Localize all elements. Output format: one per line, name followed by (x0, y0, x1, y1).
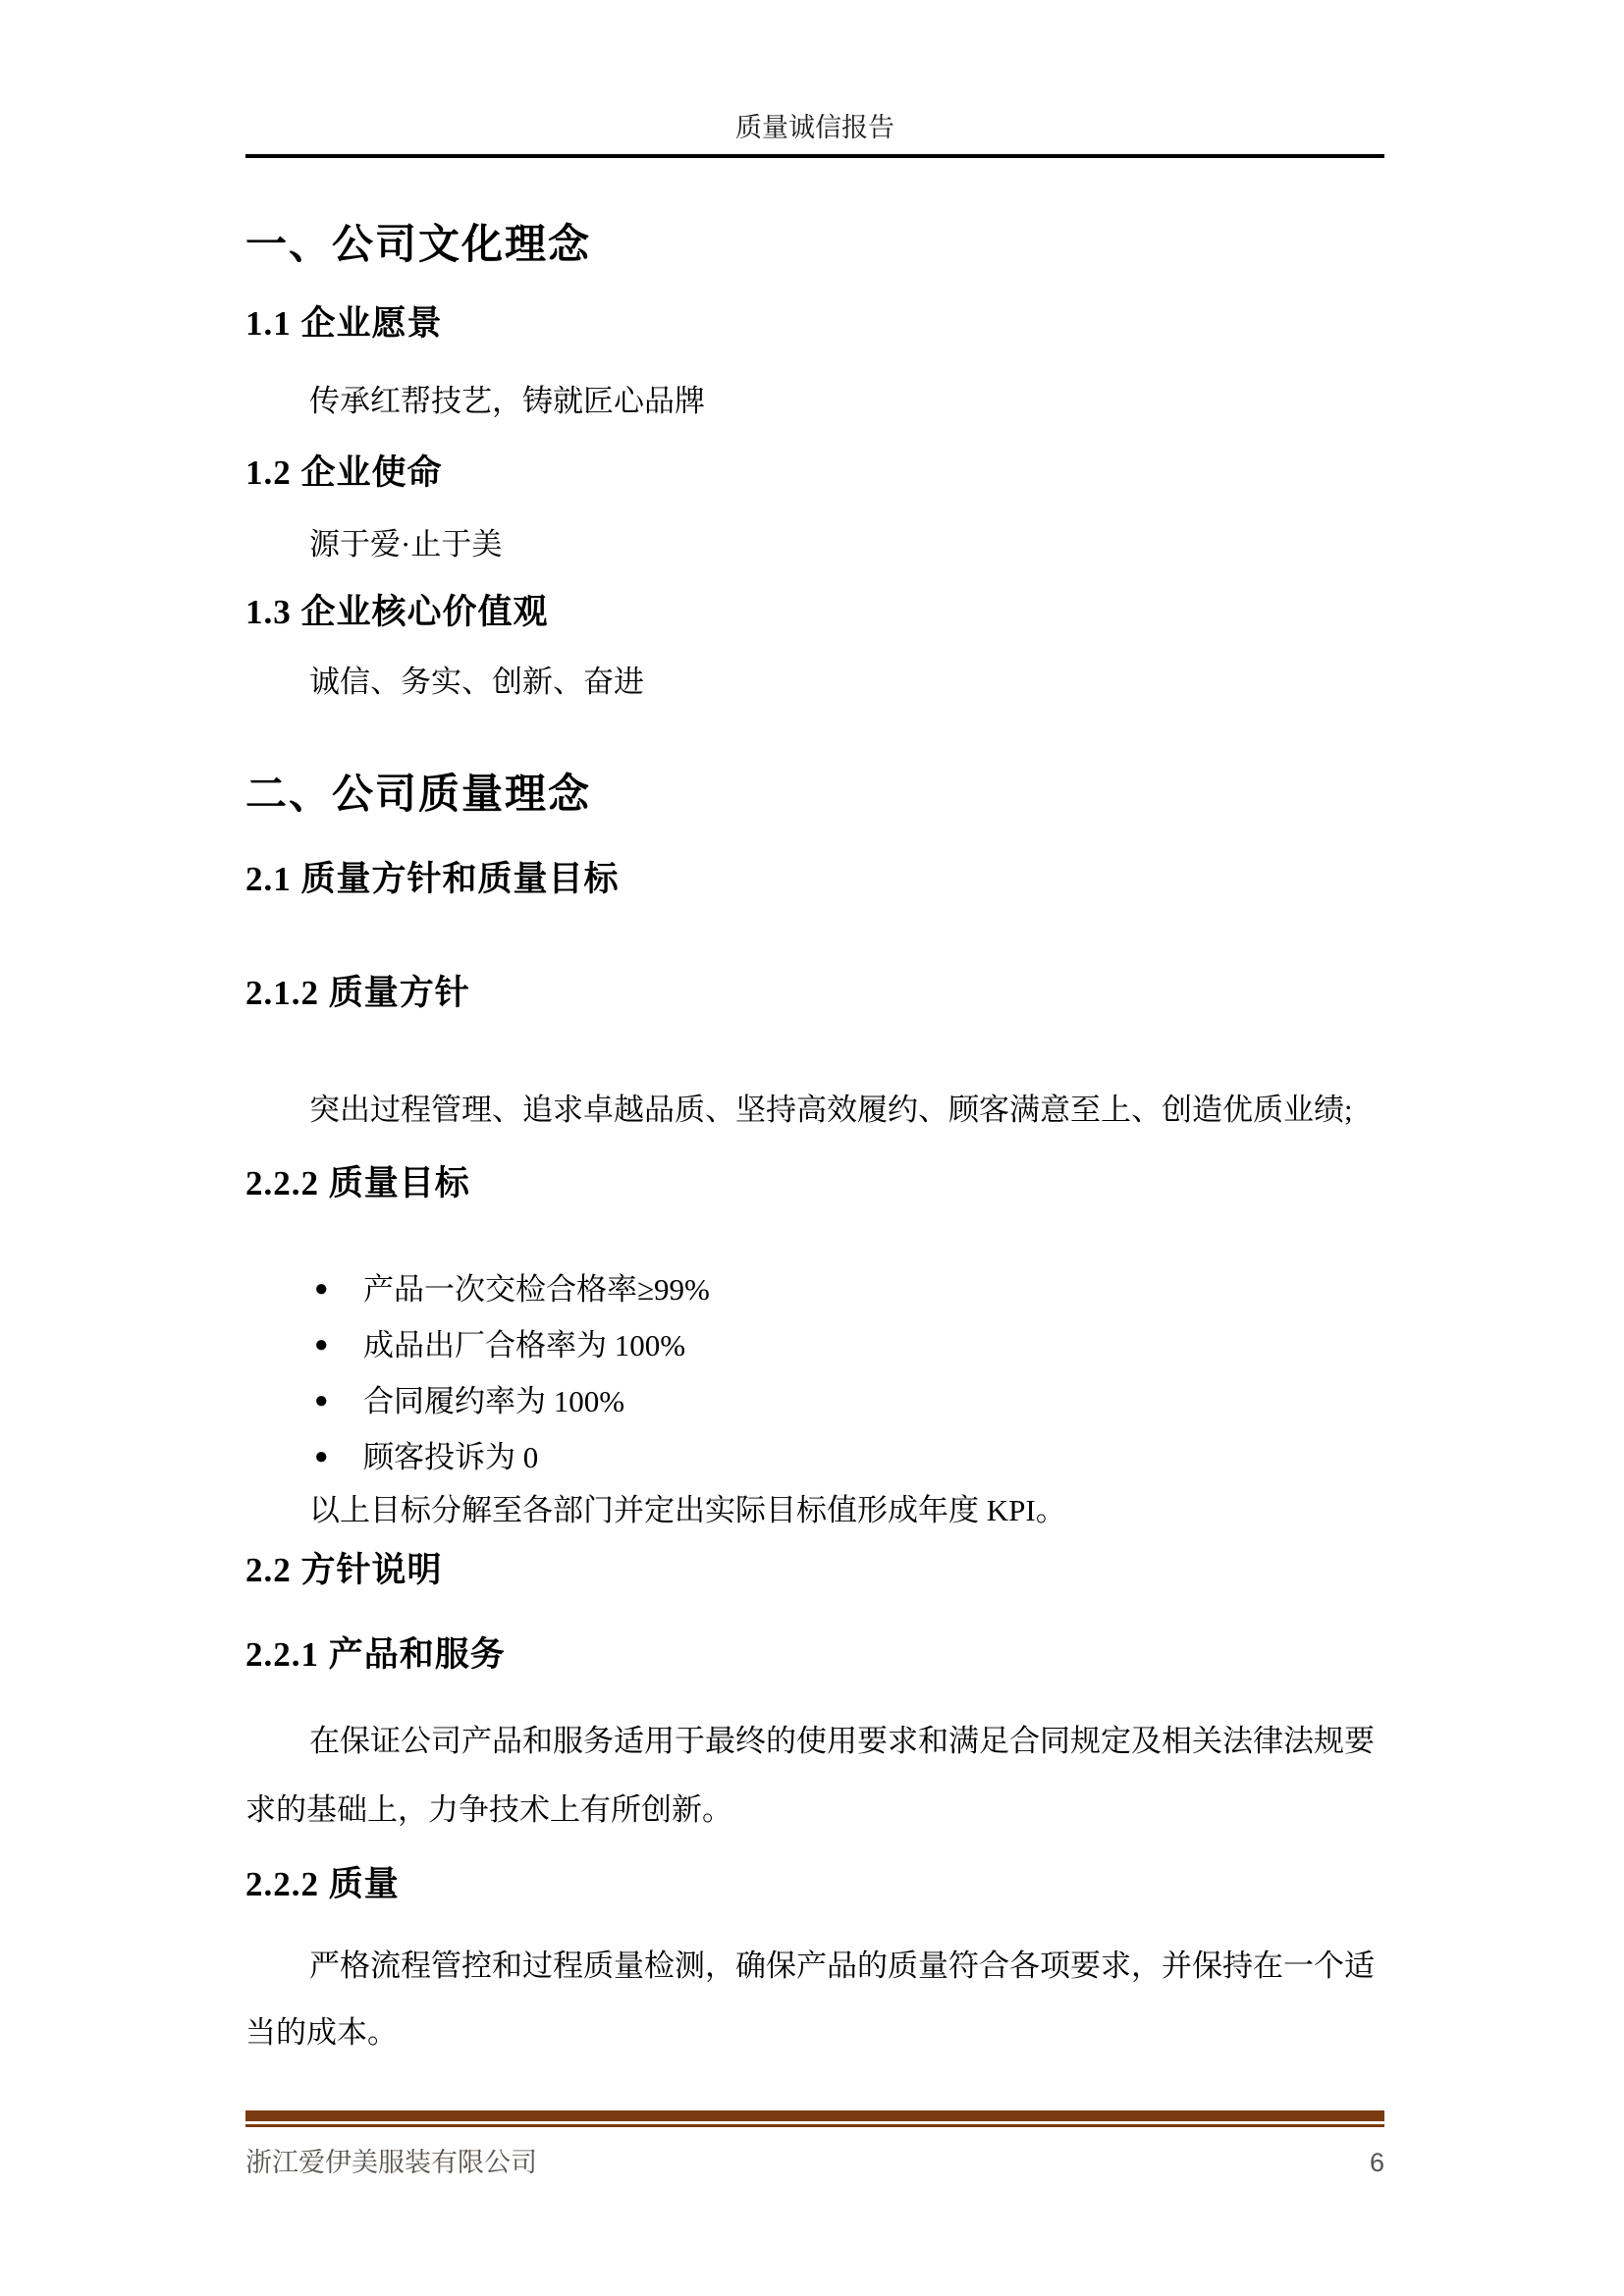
heading-quality-sub: 2.2.2 质量 (245, 1862, 1384, 1907)
list-item: ● 产品一次交检合格率≥99% (314, 1261, 1384, 1317)
paragraph-quality-policy: 突出过程管理、追求卓越品质、坚持高效履约、顾客满意至上、创造优质业绩; (245, 1075, 1384, 1146)
heading-policy-explanation: 2.2 方针说明 (245, 1548, 1384, 1593)
quality-goal-list: ● 产品一次交检合格率≥99% ● 成品出厂合格率为 100% ● 合同履约率为… (314, 1261, 1384, 1485)
report-page: 质量诚信报告 一、公司文化理念 1.1 企业愿景 传承红帮技艺，铸就匠心品牌 1… (0, 0, 1624, 2296)
footer-bar-thick (245, 2110, 1384, 2121)
paragraph-products-services: 在保证公司产品和服务适用于最终的使用要求和满足合同规定及相关法律法规要求的基础上… (245, 1707, 1384, 1844)
heading-core-values: 1.3 企业核心价值观 (245, 590, 1384, 635)
page-number: 6 (1370, 2148, 1384, 2178)
goal-text: 产品一次交检合格率≥99% (363, 1261, 710, 1317)
page-footer: 浙江爱伊美服装有限公司 6 (245, 2110, 1384, 2179)
paragraph-goal-note: 以上目标分解至各部门并定出实际目标值形成年度 KPI。 (245, 1489, 1384, 1532)
paragraph-enterprise-mission: 源于爱·止于美 (245, 523, 1384, 566)
goal-text: 合同履约率为 100% (363, 1373, 624, 1429)
heading-company-culture: 一、公司文化理念 (245, 219, 1384, 272)
bullet-icon: ● (314, 1317, 338, 1373)
page-header-title: 质量诚信报告 (245, 110, 1384, 145)
bullet-icon: ● (314, 1261, 338, 1317)
heading-enterprise-mission: 1.2 企业使命 (245, 451, 1384, 496)
list-item: ● 顾客投诉为 0 (314, 1429, 1384, 1485)
heading-quality-goals: 2.2.2 质量目标 (245, 1161, 1384, 1206)
heading-quality-philosophy: 二、公司质量理念 (245, 769, 1384, 822)
paragraph-core-values: 诚信、务实、创新、奋进 (245, 661, 1384, 704)
paragraph-quality-sub: 严格流程管控和过程质量检测，确保产品的质量符合各项要求，并保持在一个适当的成本。 (245, 1933, 1384, 2066)
page-content: 质量诚信报告 一、公司文化理念 1.1 企业愿景 传承红帮技艺，铸就匠心品牌 1… (0, 0, 1624, 2066)
heading-products-services: 2.2.1 产品和服务 (245, 1632, 1384, 1678)
heading-enterprise-vision: 1.1 企业愿景 (245, 301, 1384, 347)
paragraph-enterprise-vision: 传承红帮技艺，铸就匠心品牌 (245, 380, 1384, 423)
bullet-icon: ● (314, 1373, 338, 1429)
goal-text: 顾客投诉为 0 (363, 1429, 538, 1485)
footer-bar-thin (245, 2124, 1384, 2127)
list-item: ● 成品出厂合格率为 100% (314, 1317, 1384, 1373)
list-item: ● 合同履约率为 100% (314, 1373, 1384, 1429)
footer-company-name: 浙江爱伊美服装有限公司 (245, 2141, 537, 2179)
heading-policy-and-goals: 2.1 质量方针和质量目标 (245, 857, 1384, 902)
heading-quality-policy: 2.1.2 质量方针 (245, 971, 1384, 1016)
bullet-icon: ● (314, 1429, 338, 1485)
goal-text: 成品出厂合格率为 100% (363, 1317, 685, 1373)
header-divider (245, 154, 1384, 158)
